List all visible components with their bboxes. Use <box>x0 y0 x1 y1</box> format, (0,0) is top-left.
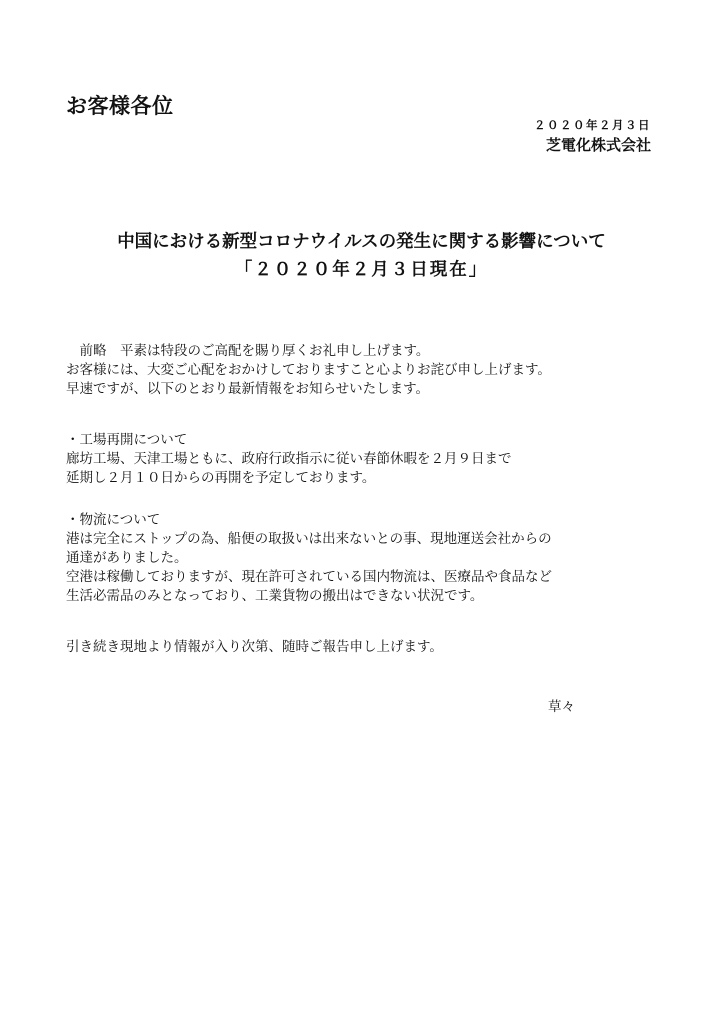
signoff: 草々 <box>548 695 575 715</box>
section-line: 港は完全にストップの為、船便の取扱いは出来ないとの事、現地運送会社からの <box>66 530 552 549</box>
section-line: 廊坊工場、天津工場ともに、政府行政指示に従い春節休暇を２月９日まで <box>66 450 512 469</box>
document-title: 中国における新型コロナウイルスの発生に関する影響について <box>0 228 723 253</box>
greeting-line: 前略 平素は特段のご高配を賜り厚くお礼申し上げます。 <box>66 342 551 361</box>
addressee: お客様各位 <box>66 90 174 120</box>
section-heading: ・物流について <box>66 511 552 530</box>
section-line: 生活必需品のみとなっており、工業貨物の搬出はできない状況です。 <box>66 587 552 606</box>
greeting-line: お客様には、大変ご心配をおかけしておりますこと心よりお詫び申し上げます。 <box>66 361 551 380</box>
closing-paragraph: 引き続き現地より情報が入り次第、随時ご報告申し上げます。 <box>66 638 443 657</box>
section-line: 空港は稼働しておりますが、現在許可されている国内物流は、医療品や食品など <box>66 568 552 587</box>
section-factory-reopening: ・工場再開について 廊坊工場、天津工場ともに、政府行政指示に従い春節休暇を２月９… <box>66 431 512 488</box>
company-name: 芝電化株式会社 <box>546 134 651 155</box>
document-subtitle: 「２０２０年２月３日現在」 <box>0 256 723 281</box>
document-page: お客様各位 ２０２０年２月３日 芝電化株式会社 中国における新型コロナウイルスの… <box>0 0 723 1024</box>
section-line: 通達がありました。 <box>66 549 552 568</box>
document-date: ２０２０年２月３日 <box>534 117 651 133</box>
section-line: 延期し２月１０日からの再開を予定しております。 <box>66 469 512 488</box>
greeting-line: 早速ですが、以下のとおり最新情報をお知らせいたします。 <box>66 380 551 399</box>
closing-line: 引き続き現地より情報が入り次第、随時ご報告申し上げます。 <box>66 638 443 657</box>
section-heading: ・工場再開について <box>66 431 512 450</box>
section-logistics: ・物流について 港は完全にストップの為、船便の取扱いは出来ないとの事、現地運送会… <box>66 511 552 606</box>
greeting-paragraph: 前略 平素は特段のご高配を賜り厚くお礼申し上げます。 お客様には、大変ご心配をお… <box>66 342 551 399</box>
